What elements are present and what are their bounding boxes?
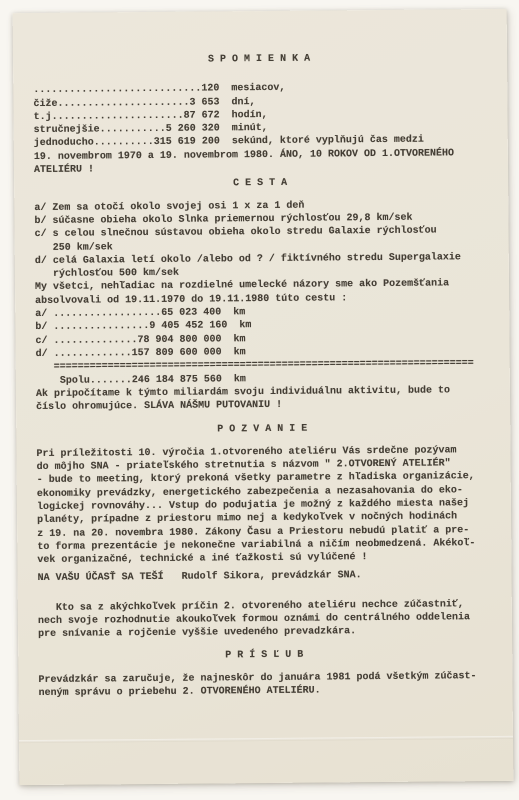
text-line: vek organizačné, technické a iné ťažkost… <box>37 550 489 567</box>
text-line: číslo ohromujúce. SLÁVA NÁŠMU PUTOVANIU … <box>36 397 488 414</box>
note-block: Kto sa z akýchkoľvek príčin 2. otvorenéh… <box>38 598 490 642</box>
text-line: neným správu o priebehu 2. OTVORENÉHO AT… <box>39 683 491 700</box>
cesta-block: a/ Zem sa otočí okolo svojej osi 1 x za … <box>34 198 488 415</box>
section-title-prislub: P R Í S Ľ U B <box>38 647 490 664</box>
section-title-pozvanie: P O Z V A N I E <box>36 421 488 438</box>
section-title-cesta: C E S T A <box>34 175 486 192</box>
document-paper: S P O M I E N K A ......................… <box>13 9 514 785</box>
scanned-document-screenshot: { "page": { "background_color": "#f8f6f1… <box>0 0 519 800</box>
document-content: S P O M I E N K A ......................… <box>33 51 491 700</box>
text-line: pre snívanie a rojčenie vyššie uvedeného… <box>38 624 490 641</box>
prislub-block: Prevádzkár sa zaručuje, že najneskôr do … <box>38 670 490 701</box>
closing-signature-line: NA VAŠU ÚČASŤ SA TEŠÍ Rudolf Sikora, pre… <box>38 568 490 585</box>
section-title-spomienka: S P O M I E N K A <box>33 51 485 68</box>
pozvanie-block: Pri príležitosti 10. výročia 1.otvorenéh… <box>36 444 489 568</box>
spomienka-block: ............................120 mesiacov… <box>33 80 486 177</box>
